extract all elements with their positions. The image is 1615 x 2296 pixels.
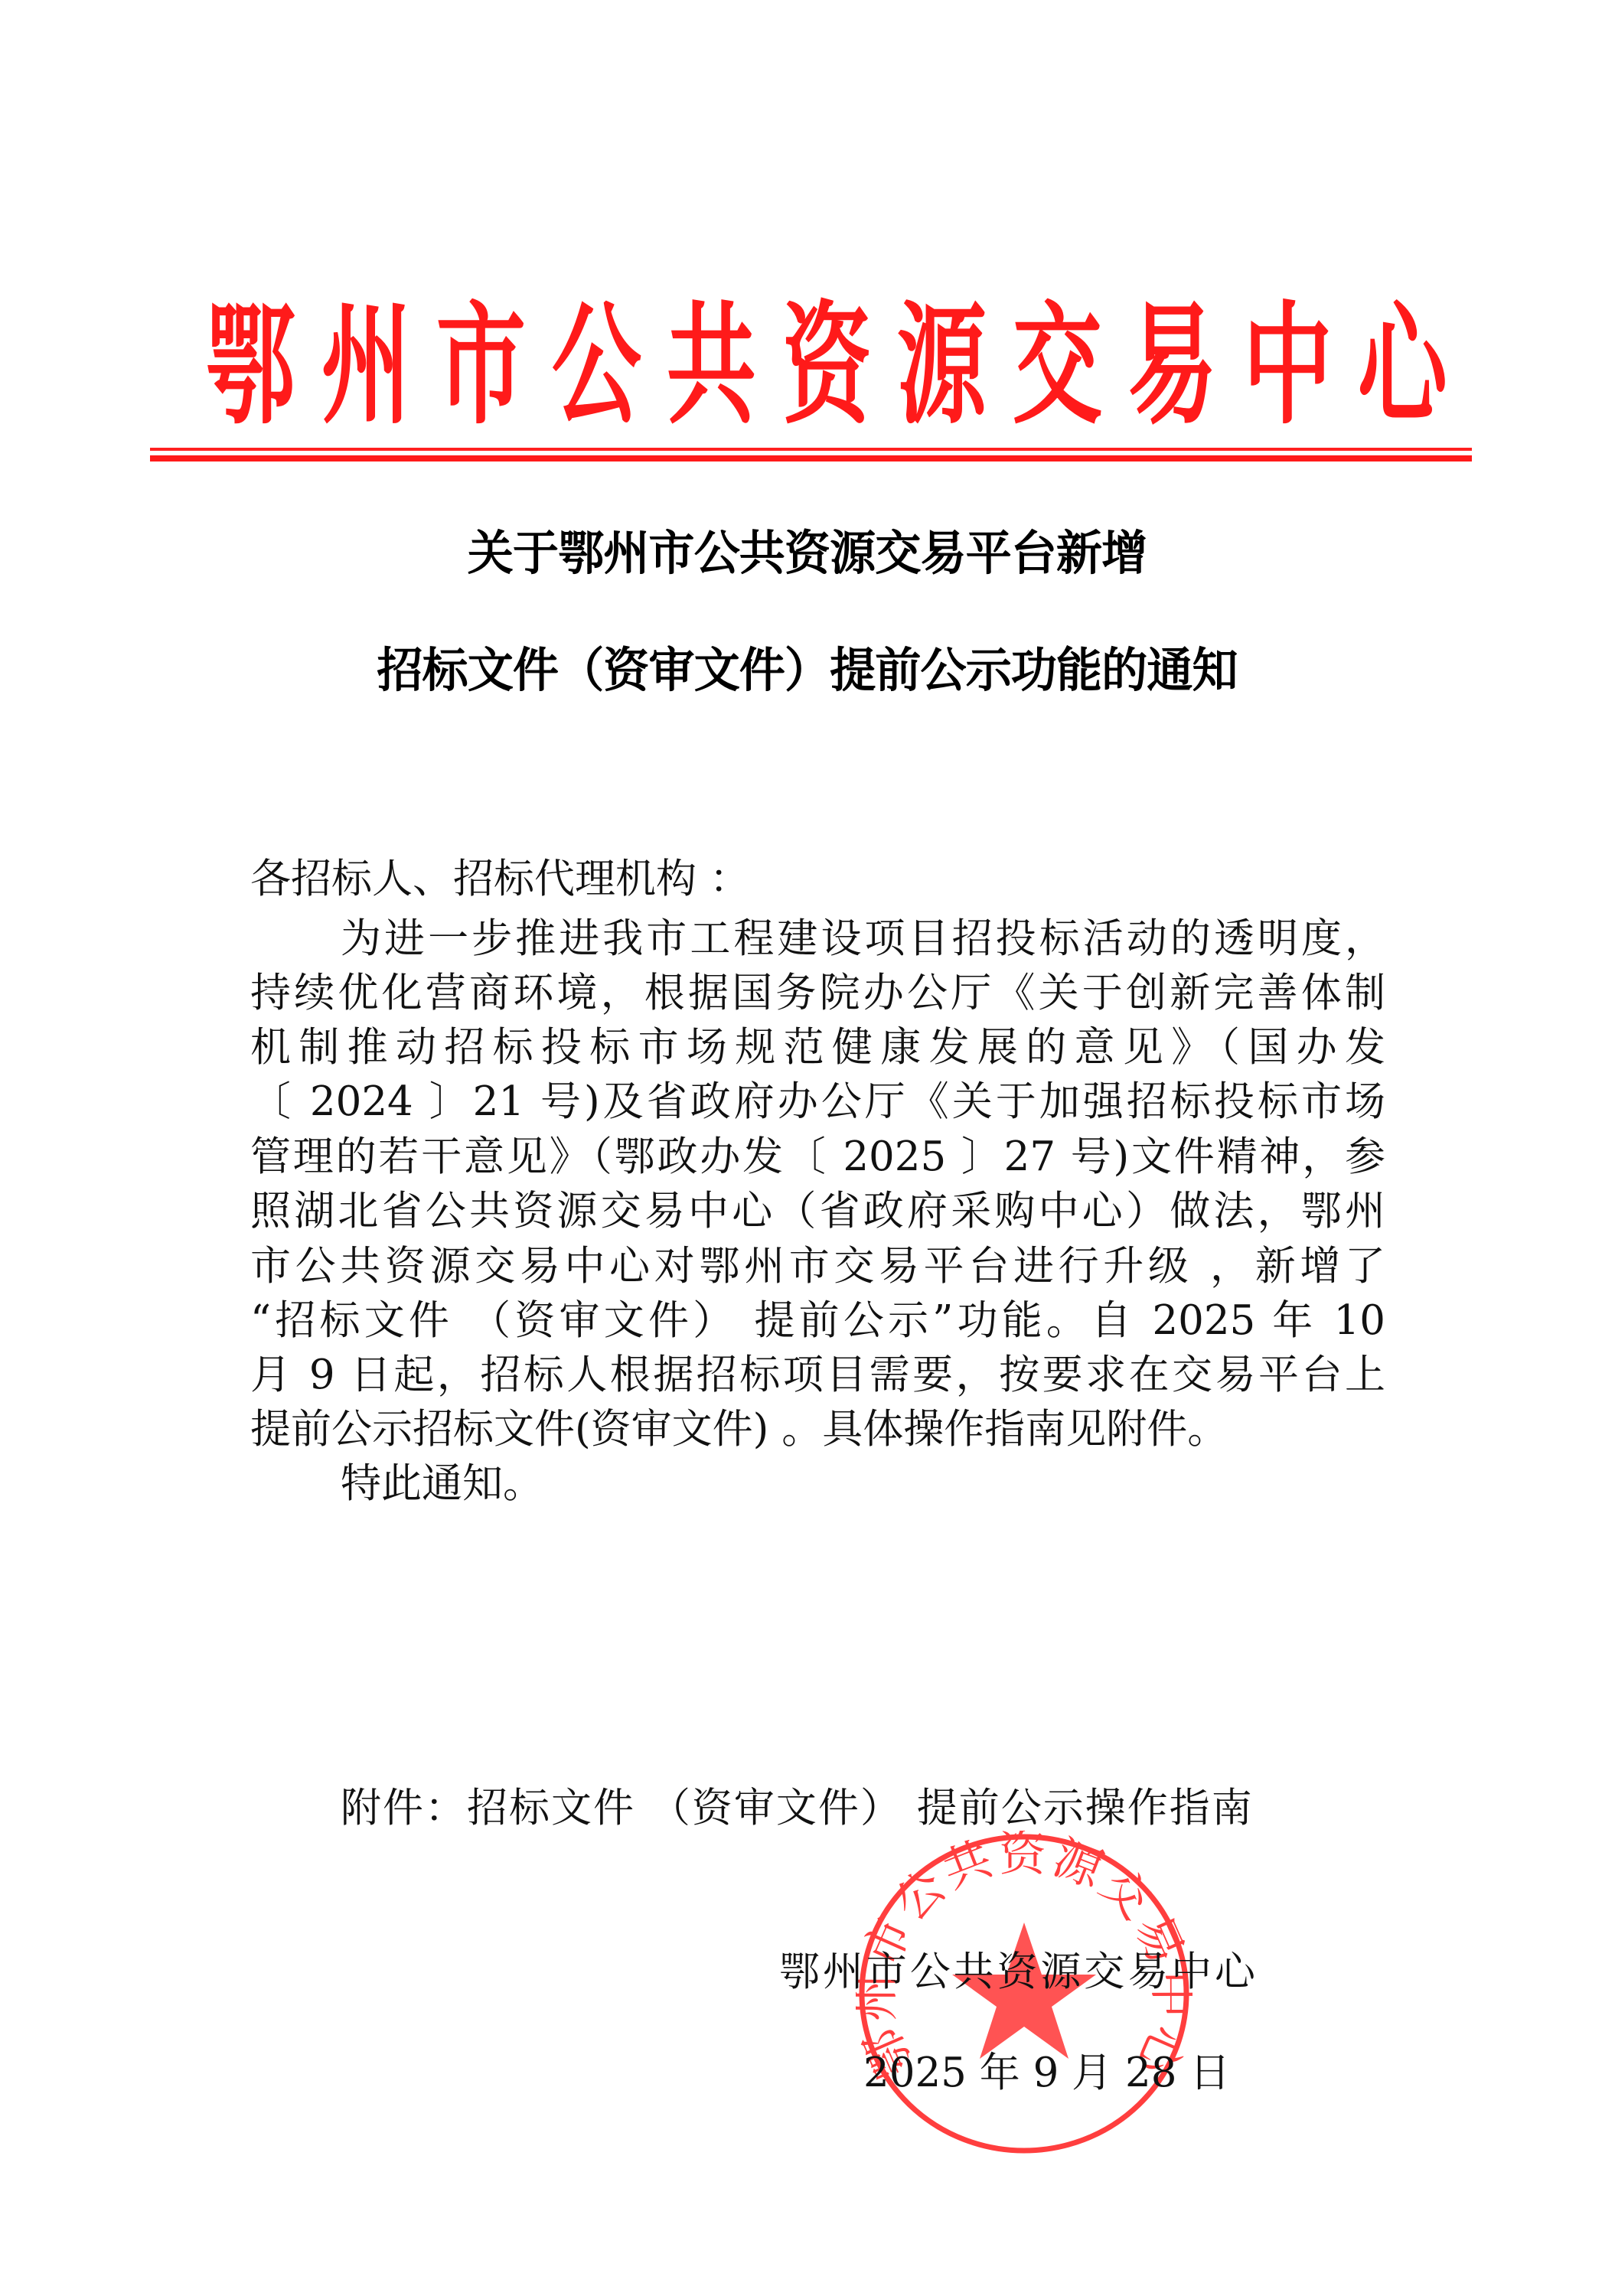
body-line: 市公共资源交易中心对鄂州市交易平台进行升级 ，新增了	[250, 1246, 1385, 1287]
masthead-char: 资	[781, 299, 843, 431]
attachment-reference: 附件：招标文件 （资审文件） 提前公示操作指南	[341, 1788, 1254, 1828]
body-line: 机制推动招标投标市场规范健康发展的意见》（国办发	[250, 1027, 1385, 1068]
masthead-char: 鄂	[206, 299, 267, 431]
masthead-char: 易	[1127, 299, 1189, 431]
notice-title-line-1: 关于鄂州市公共资源交易平台新增	[0, 530, 1615, 577]
body-line: “招标文件 （资审文件） 提前公示”功能。自 2025 年 10	[250, 1300, 1385, 1341]
body-line: 管理的若干意见》（鄂政办发〔 2025 〕27 号)文件精神，参	[250, 1137, 1385, 1177]
closing-text: 特此通知。	[341, 1463, 1385, 1504]
body-line: 〔 2024 〕21 号)及省政府办公厅《关于加强招标投标市场	[250, 1081, 1385, 1122]
masthead-char: 市	[436, 299, 498, 431]
masthead-org-name: 鄂 州 市 公 共 资 源 交 易 中 心	[150, 292, 1472, 438]
masthead-char: 交	[1012, 299, 1073, 431]
body-line: 月 9 日起，招标人根据招标项目需要，按要求在交易平台上	[250, 1355, 1385, 1395]
issue-date: 2025 年 9 月 28 日	[863, 2053, 1196, 2093]
masthead-rule-thick	[150, 455, 1472, 461]
issuer-signature: 鄂州市公共资源交易中心	[779, 1952, 1255, 1992]
notice-document: 鄂 州 市 公 共 资 源 交 易 中 心 关于鄂州市公共资源交易平台新增 招标…	[0, 0, 1615, 2296]
notice-title-line-2: 招标文件（资审文件）提前公示功能的通知	[0, 647, 1615, 694]
masthead-rule-thin	[150, 448, 1472, 451]
masthead-char: 共	[667, 299, 728, 431]
body-line: 提前公示招标文件(资审文件) 。具体操作指南见附件。	[250, 1409, 1307, 1450]
body-line: 为进一步推进我市工程建设项目招投标活动的透明度，	[341, 918, 1385, 959]
masthead-char: 中	[1242, 299, 1303, 431]
masthead-char: 源	[897, 299, 958, 431]
salutation: 各招标人、招标代理机构 ：	[250, 859, 1385, 899]
body-line: 持续优化营商环境，根据国务院办公厅《关于创新完善体制	[250, 973, 1385, 1013]
masthead-char: 州	[321, 299, 382, 431]
masthead-char: 心	[1358, 299, 1419, 431]
body-line: 照湖北省公共资源交易中心（省政府采购中心）做法，鄂州	[250, 1191, 1385, 1231]
masthead-char: 公	[551, 299, 612, 431]
